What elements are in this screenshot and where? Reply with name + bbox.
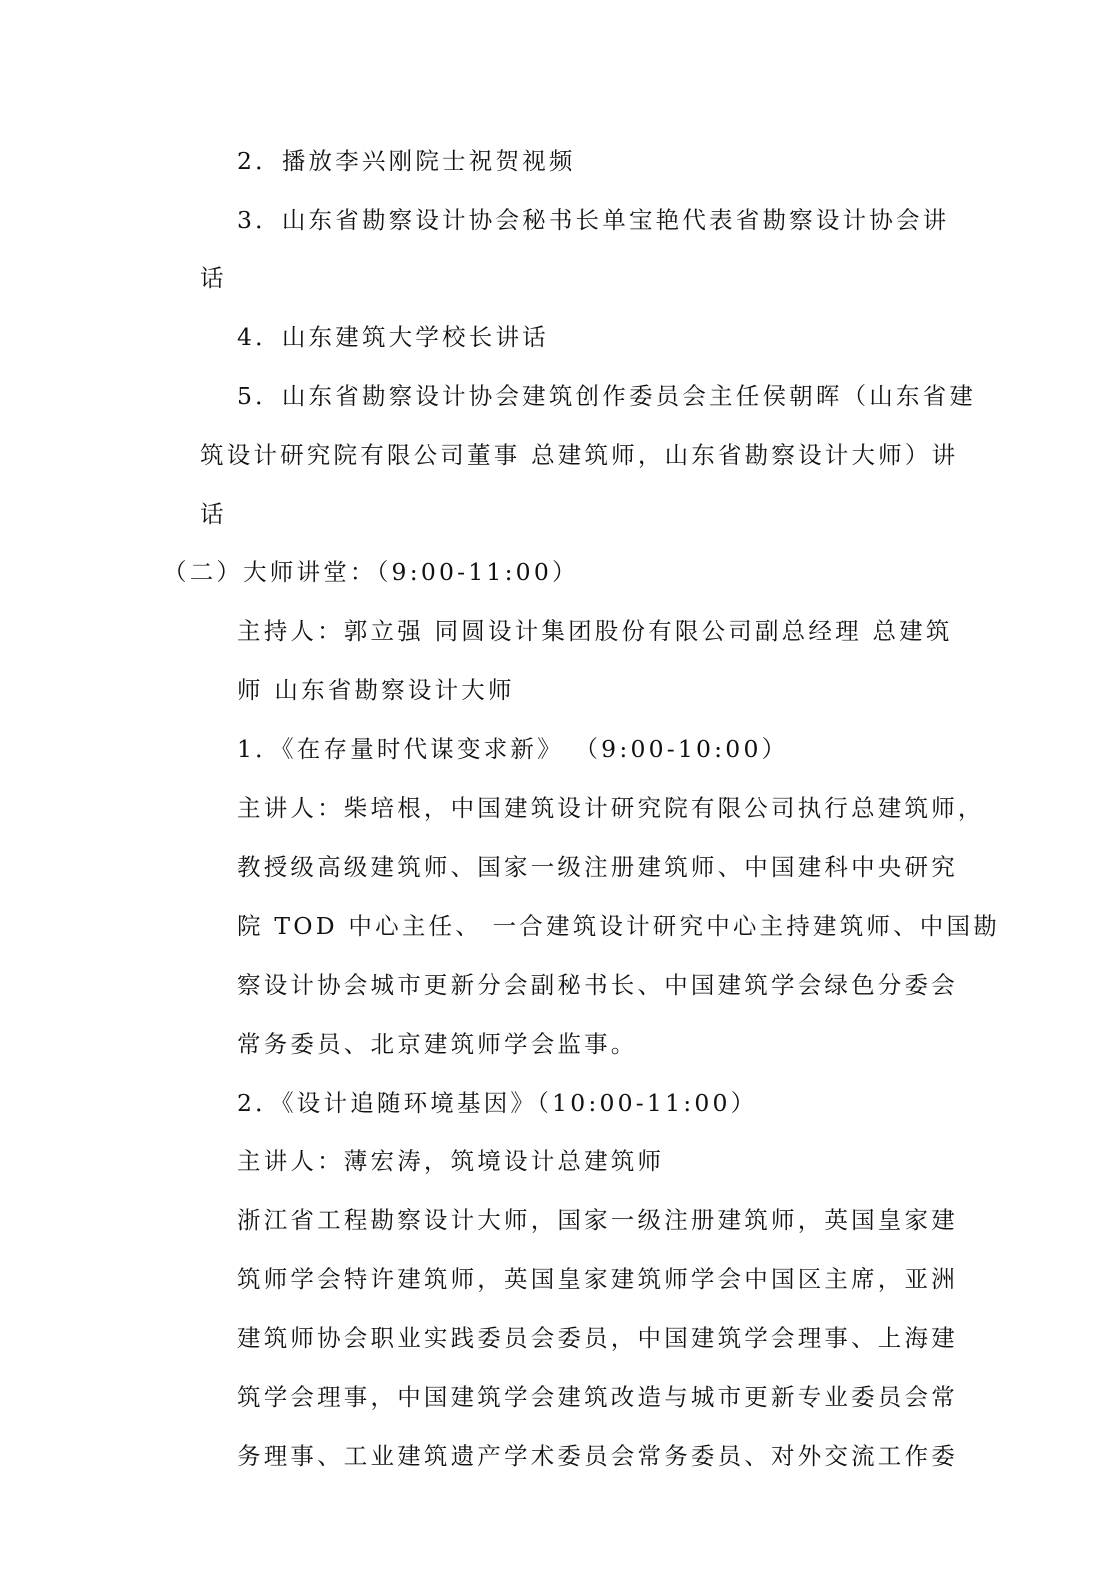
list-item-5-continuation: 筑设计研究院有限公司董事 总建筑师，山东省勘察设计大师）讲 (200, 440, 958, 470)
lecture-2-bio-line-1: 浙江省工程勘察设计大师，国家一级注册建筑师，英国皇家建 (237, 1205, 958, 1235)
lecture-2-bio-line-5: 务理事、工业建筑遗产学术委员会常务委员、对外交流工作委 (237, 1441, 958, 1471)
lecture-1-bio-line-4: 常务委员、北京建筑师学会监事。 (237, 1029, 638, 1059)
lecture-2-title: 2．《设计追随环境基因》（10:00-11:00） (237, 1088, 757, 1118)
lecture-1-bio-line-1: 教授级高级建筑师、国家一级注册建筑师、中国建科中央研究 (237, 852, 958, 882)
list-item-5-speech: 5．山东省勘察设计协会建筑创作委员会主任侯朝晖（山东省建 (237, 381, 976, 411)
lecture-1-speaker: 主讲人：柴培根，中国建筑设计研究院有限公司执行总建筑师， (237, 793, 985, 823)
list-item-3-speech: 3．山东省勘察设计协会秘书长单宝艳代表省勘察设计协会讲 (237, 205, 949, 235)
list-item-5-continuation-end: 话 (200, 499, 227, 529)
lecture-1-bio-line-3: 察设计协会城市更新分会副秘书长、中国建筑学会绿色分委会 (237, 970, 958, 1000)
lecture-2-bio-line-2: 筑师学会特许建筑师，英国皇家建筑师学会中国区主席，亚洲 (237, 1264, 958, 1294)
section-heading-master-lecture: （二）大师讲堂：（9:00-11:00） (163, 557, 579, 587)
list-item-2-video: 2．播放李兴刚院士祝贺视频 (237, 146, 576, 176)
list-item-3-continuation: 话 (200, 263, 227, 293)
list-item-4-speech: 4．山东建筑大学校长讲话 (237, 322, 549, 352)
lecture-1-bio-line-2: 院 TOD 中心主任、 一合建筑设计研究中心主持建筑师、中国勘 (237, 911, 1000, 941)
host-paragraph-continuation: 师 山东省勘察设计大师 (237, 675, 515, 705)
lecture-2-bio-line-3: 建筑师协会职业实践委员会委员，中国建筑学会理事、上海建 (237, 1323, 958, 1353)
lecture-2-bio-line-4: 筑学会理事，中国建筑学会建筑改造与城市更新专业委员会常 (237, 1382, 958, 1412)
lecture-1-title: 1．《在存量时代谋变求新》 （9:00-10:00） (237, 734, 788, 764)
host-paragraph: 主持人：郭立强 同圆设计集团股份有限公司副总经理 总建筑 (237, 616, 953, 646)
lecture-2-speaker: 主讲人：薄宏涛，筑境设计总建筑师 (237, 1146, 664, 1176)
document-page: 2．播放李兴刚院士祝贺视频 3．山东省勘察设计协会秘书长单宝艳代表省勘察设计协会… (0, 0, 1110, 1593)
